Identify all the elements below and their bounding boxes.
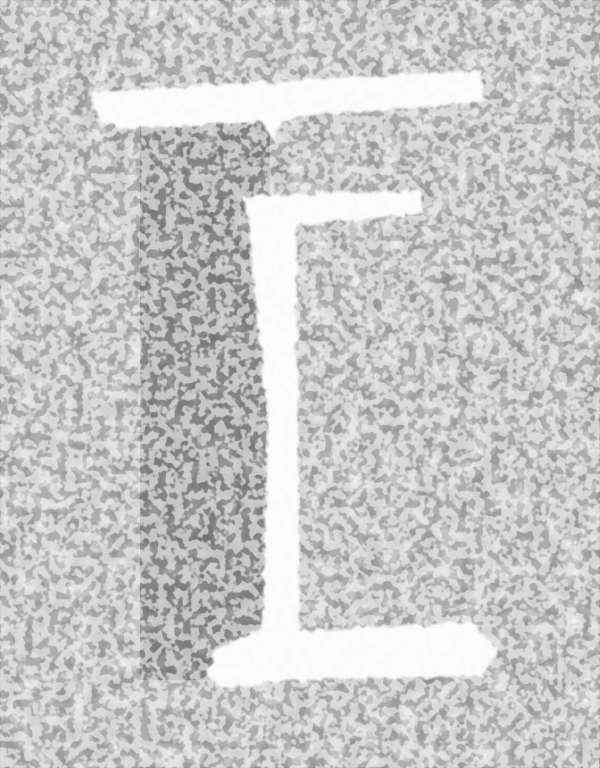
stone-speckle — [0, 0, 600, 768]
stone-rubbing-image: 工 — [0, 0, 600, 768]
stone-texture-canvas — [0, 0, 600, 768]
